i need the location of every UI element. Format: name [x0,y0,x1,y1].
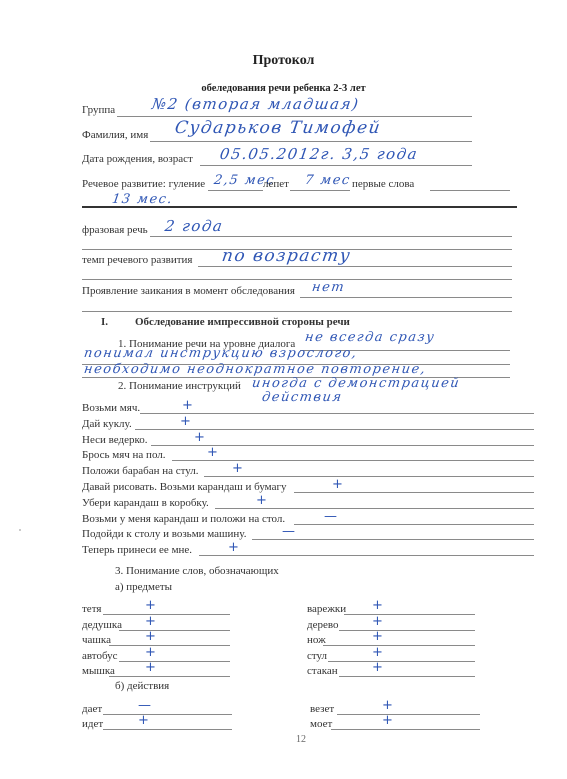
instruction-text: Возьми мяч. [82,402,140,415]
plus-mark-icon: + [372,661,383,674]
instruction-text: Дай куклу. [82,418,132,431]
object-right-word: варежки [307,603,346,616]
document-subtitle: обеледования речи ребенка 2-3 лет [0,83,567,94]
plus-mark-icon: + [182,399,193,412]
plus-mark-icon: + [194,431,205,444]
instruction-text: Теперь принеси ее мне. [82,544,192,557]
plus-mark-icon: + [180,415,191,428]
document-title: Протокол [0,53,567,69]
actions-label: б) действия [115,680,169,693]
object-left-word: чашка [82,634,111,647]
name-label: Фамилия, имя [82,129,148,142]
plus-mark-icon: + [382,699,393,712]
instruction-text: Неси ведерко. [82,434,148,447]
birth-label: Дата рождения, возраст [82,153,193,166]
tempo-label: темп речевого развития [82,254,192,267]
object-left-word: дедушка [82,619,122,632]
action-right-underline [331,729,480,730]
action-left-underline [103,714,232,715]
dialog-value-line3: необходимо неоднократное повторение, [83,362,427,377]
instruction-text: Подойди к столу и возьми машину. [82,528,246,541]
blank-line [82,279,512,280]
instructions-value-line2: действия [261,390,344,405]
plus-mark-icon: + [228,541,239,554]
tempo-value: по возрасту [221,246,353,266]
object-right-word: стул [307,650,327,663]
instructions-label: 2. Понимание инструкций [118,380,241,393]
plus-mark-icon: + [256,494,267,507]
word-understanding-label: 3. Понимание слов, обозначающих [115,565,279,578]
instruction-underline [294,492,534,493]
object-left-underline [119,630,230,631]
group-underline [117,116,472,117]
phrasal-label: фразовая речь [82,224,148,237]
group-value: №2 (вторая младшая) [151,95,361,113]
section-title: Обследование импрессивной стороны речи [135,316,350,329]
object-left-word: тетя [82,603,101,616]
divider-line [82,206,517,208]
name-underline [150,141,472,142]
plus-mark-icon: + [145,599,156,612]
babbling-label: лепет [263,178,289,191]
instruction-underline [204,476,534,477]
object-right-underline [339,676,475,677]
blank-line [82,311,512,312]
plus-mark-icon: + [145,661,156,674]
plus-mark-icon: + [372,630,383,643]
birth-value: 05.05.2012г. 3,5 года [219,145,420,163]
plus-mark-icon: + [332,478,343,491]
stutter-underline [300,297,512,298]
stutter-value: нет [311,280,346,295]
action-right-word: везет [310,703,334,716]
plus-mark-icon: + [232,462,243,475]
object-right-underline [328,661,475,662]
minus-mark-icon: — [138,699,151,712]
scan-speck [19,529,21,531]
plus-mark-icon: + [145,615,156,628]
object-right-underline [323,645,475,646]
object-left-underline [109,676,231,677]
plus-mark-icon: + [372,646,383,659]
object-right-underline [344,614,475,615]
plus-mark-icon: + [145,630,156,643]
birth-underline [200,165,472,166]
object-right-word: дерево [307,619,338,632]
minus-mark-icon: — [324,510,337,523]
object-left-word: автобус [82,650,118,663]
instruction-underline [252,539,534,540]
plus-mark-icon: + [207,446,218,459]
first-words-underline [430,190,510,191]
objects-label: а) предметы [115,581,172,594]
cooing-underline [208,190,263,191]
phrasal-underline [150,236,512,237]
first-words-value: 13 мес. [111,192,174,207]
action-right-underline [337,714,481,715]
plus-mark-icon: + [138,714,149,727]
object-left-underline [109,645,231,646]
instruction-underline [215,508,535,509]
instructions-value-line1: иногда с демонстрацией [251,376,461,391]
page-number: 12 [296,733,306,746]
object-left-underline [103,614,230,615]
instruction-underline [140,413,534,414]
action-right-word: моет [310,718,332,731]
instruction-underline [172,460,534,461]
plus-mark-icon: + [372,599,383,612]
name-value: Сударьков Тимофей [174,118,383,138]
object-right-word: стакан [307,665,338,678]
dialog-value-line1: не всегда сразу [304,330,436,345]
instruction-underline [294,524,534,525]
phrasal-value: 2 года [164,217,225,235]
first-words-label: первые слова [352,178,414,191]
instruction-text: Брось мяч на пол. [82,449,166,462]
dialog-value-line2: понимал инструкцию взрослого, [83,346,359,361]
cooing-label: Речевое развитие: гуление [82,178,205,191]
babbling-value: 7 мес [304,173,352,188]
minus-mark-icon: — [282,525,295,538]
instruction-underline [199,555,534,556]
group-label: Группа [82,104,115,117]
instruction-text: Положи барабан на стул. [82,465,199,478]
action-left-word: идет [82,718,103,731]
plus-mark-icon: + [382,714,393,727]
instruction-text: Убери карандаш в коробку. [82,497,209,510]
babbling-underline [290,190,350,191]
stutter-label: Проявление заикания в момент обследовани… [82,285,295,298]
plus-mark-icon: + [145,646,156,659]
action-left-underline [103,729,232,730]
tempo-underline [198,266,512,267]
object-left-underline [119,661,230,662]
section-number: I. [101,316,108,329]
object-right-underline [339,630,475,631]
action-left-word: дает [82,703,102,716]
instruction-text: Возьми у меня карандаш и положи на стол. [82,513,285,526]
plus-mark-icon: + [372,615,383,628]
